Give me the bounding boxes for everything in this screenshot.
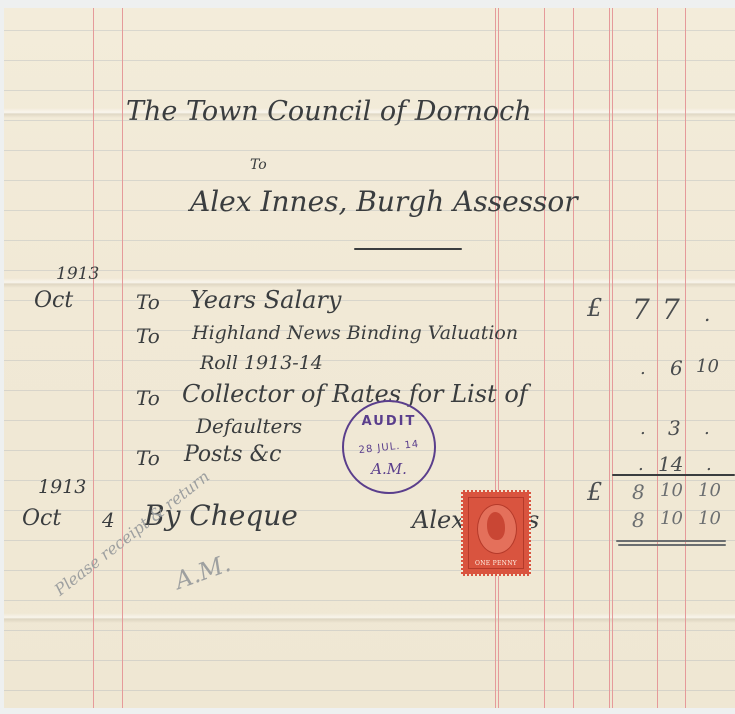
- amount-pence: .: [704, 420, 710, 438]
- audit-stamp: AUDIT 28 JUL. 14 A.M.: [342, 400, 436, 494]
- payment-shillings: 10: [660, 510, 683, 528]
- amount-shillings: 7: [662, 296, 680, 324]
- column-rule: [657, 8, 658, 708]
- amount-pence: 10: [696, 358, 719, 376]
- payment-year: 1913: [38, 478, 86, 497]
- margin-rule: [122, 8, 123, 708]
- double-underline-top: [616, 540, 726, 542]
- fold-crease: [4, 613, 735, 623]
- entry-prefix: To: [136, 292, 160, 312]
- amount-pounds: 7: [632, 296, 650, 324]
- pencil-initials: A.M.: [172, 551, 234, 593]
- amount-shillings: 6: [670, 358, 683, 378]
- ruled-line: [4, 360, 735, 361]
- entry-prefix: To: [136, 326, 160, 346]
- column-rule: [544, 8, 545, 708]
- amount-shillings: 3: [668, 418, 681, 438]
- entry-prefix: To: [136, 448, 160, 468]
- payment-pounds: 8: [632, 510, 645, 530]
- ruled-line: [4, 30, 735, 31]
- amount-pounds: .: [638, 456, 644, 474]
- entry-prefix: To: [136, 388, 160, 408]
- audit-stamp-initials: A.M.: [344, 460, 434, 478]
- column-rule: [609, 8, 610, 708]
- header-underline: [354, 248, 462, 250]
- column-rule: [573, 8, 574, 708]
- amount-pence: .: [704, 304, 710, 324]
- invoice-sheet: The Town Council of Dornoch To Alex Inne…: [4, 8, 735, 708]
- entry-description: Years Salary: [190, 288, 341, 312]
- postage-value: ONE PENNY: [463, 560, 529, 567]
- column-rule: [612, 8, 613, 708]
- to-label: To: [250, 158, 267, 172]
- total-pence: 10: [698, 482, 721, 500]
- audit-stamp-label: AUDIT: [344, 414, 434, 429]
- margin-rule: [93, 8, 94, 708]
- total-pounds: 8: [632, 482, 645, 502]
- ruled-line: [4, 180, 735, 181]
- currency-symbol: £: [587, 296, 602, 320]
- ruled-line: [4, 300, 735, 301]
- entry-description: Highland News Binding Valuation: [192, 324, 518, 343]
- ruled-line: [4, 690, 735, 691]
- ruled-line: [4, 570, 735, 571]
- payment-month: Oct: [22, 508, 61, 530]
- total-currency: £: [587, 480, 602, 504]
- entry-description: Collector of Rates for List of: [182, 382, 528, 406]
- entry-month: Oct: [34, 290, 73, 312]
- payment-day: 4: [102, 510, 115, 530]
- total-rule: [612, 474, 735, 476]
- ruled-line: [4, 90, 735, 91]
- payee-title: Alex Innes, Burgh Assessor: [190, 188, 578, 216]
- ruled-line: [4, 270, 735, 271]
- ruled-line: [4, 630, 735, 631]
- entry-description-cont: Defaulters: [196, 416, 302, 436]
- ruled-line: [4, 150, 735, 151]
- amount-pounds: .: [640, 360, 646, 378]
- column-rule: [685, 8, 686, 708]
- amount-shillings: 14: [658, 454, 683, 474]
- payer-title: The Town Council of Dornoch: [126, 98, 532, 125]
- fold-crease: [4, 278, 735, 288]
- entry-year: 1913: [56, 266, 99, 283]
- ruled-line: [4, 240, 735, 241]
- double-underline-bottom: [618, 544, 726, 546]
- ruled-line: [4, 660, 735, 661]
- amount-pence: .: [706, 456, 712, 474]
- audit-stamp-date: 28 JUL. 14: [344, 437, 435, 457]
- entry-description: Posts &c: [184, 444, 281, 466]
- total-shillings: 10: [660, 482, 683, 500]
- king-head-icon: [487, 512, 505, 540]
- payment-pence: 10: [698, 510, 721, 528]
- ruled-line: [4, 600, 735, 601]
- entry-description-cont: Roll 1913-14: [200, 354, 323, 373]
- amount-pounds: .: [640, 420, 646, 438]
- ruled-line: [4, 60, 735, 61]
- postage-stamp: ONE PENNY: [461, 490, 531, 576]
